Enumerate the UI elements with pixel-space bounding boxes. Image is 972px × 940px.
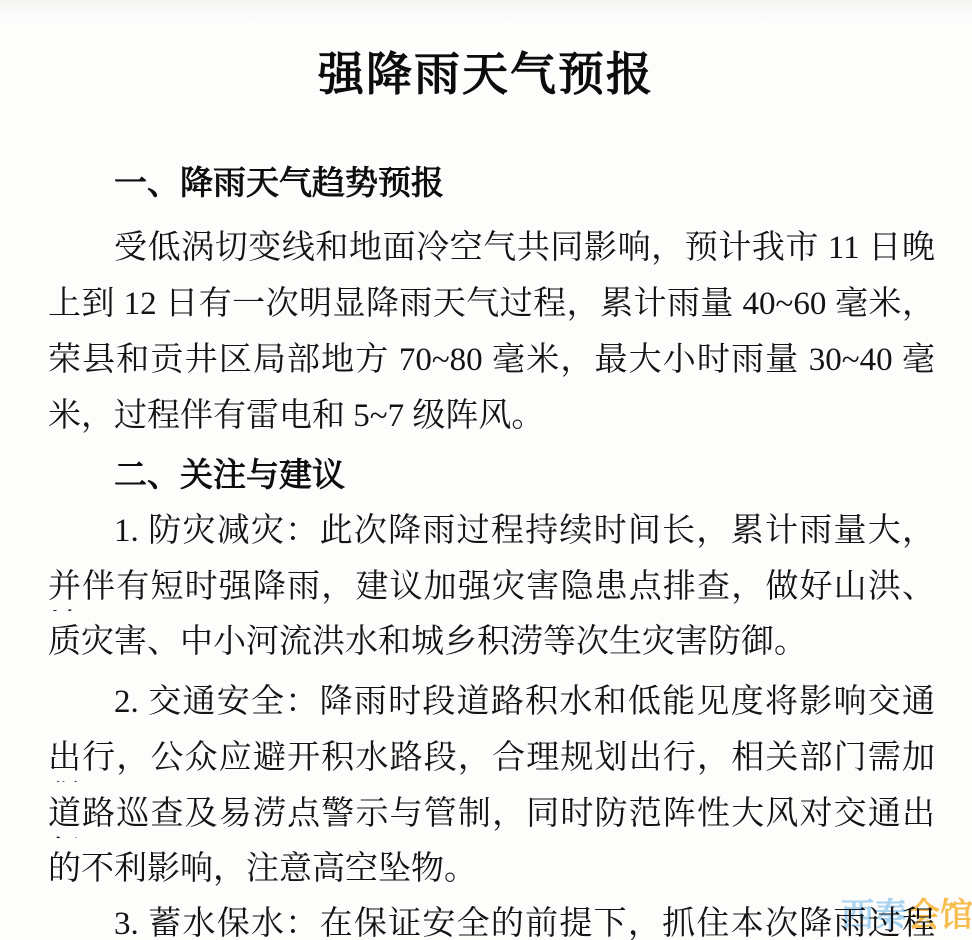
text-line: 2. 交通安全：降雨时段道路积水和低能见度将影响交通 [48,682,935,722]
text-line: 受低涡切变线和地面冷空气共同影响，预计我市 11 日晚 [48,228,935,268]
text-line: 1. 防灾减灾：此次降雨过程持续时间长，累计雨量大， [48,511,935,551]
text-line: 荣县和贡井区局部地方 70~80 毫米，最大小时雨量 30~40 毫 [48,340,935,380]
section2-heading: 二、关注与建议 [48,455,935,495]
text-line: 质灾害、中小河流洪水和城乡积涝等次生灾害防御。 [48,622,935,662]
text-line: 并伴有短时强降雨，建议加强灾害隐患点排查，做好山洪、地 [48,567,935,611]
text-line: 出行，公众应避开积水路段，合理规划出行，相关部门需加强 [48,738,935,782]
section1-heading: 一、降雨天气趋势预报 [48,163,935,203]
text-line: 道路巡查及易涝点警示与管制，同时防范阵性大风对交通出行 [48,794,935,838]
text-line: 3. 蓄水保水：在保证安全的前提下，抓住本次降雨过程 [48,904,935,940]
text-line: 的不利影响，注意高空坠物。 [48,849,935,889]
text-line: 米，过程伴有雷电和 5~7 级阵风。 [48,396,935,436]
document-page: 西秦会馆 强降雨天气预报 一、降雨天气趋势预报 受低涡切变线和地面冷空气共同影响… [0,0,972,940]
document-title: 强降雨天气预报 [0,50,972,100]
text-line: 上到 12 日有一次明显降雨天气过程，累计雨量 40~60 毫米， [48,284,935,324]
